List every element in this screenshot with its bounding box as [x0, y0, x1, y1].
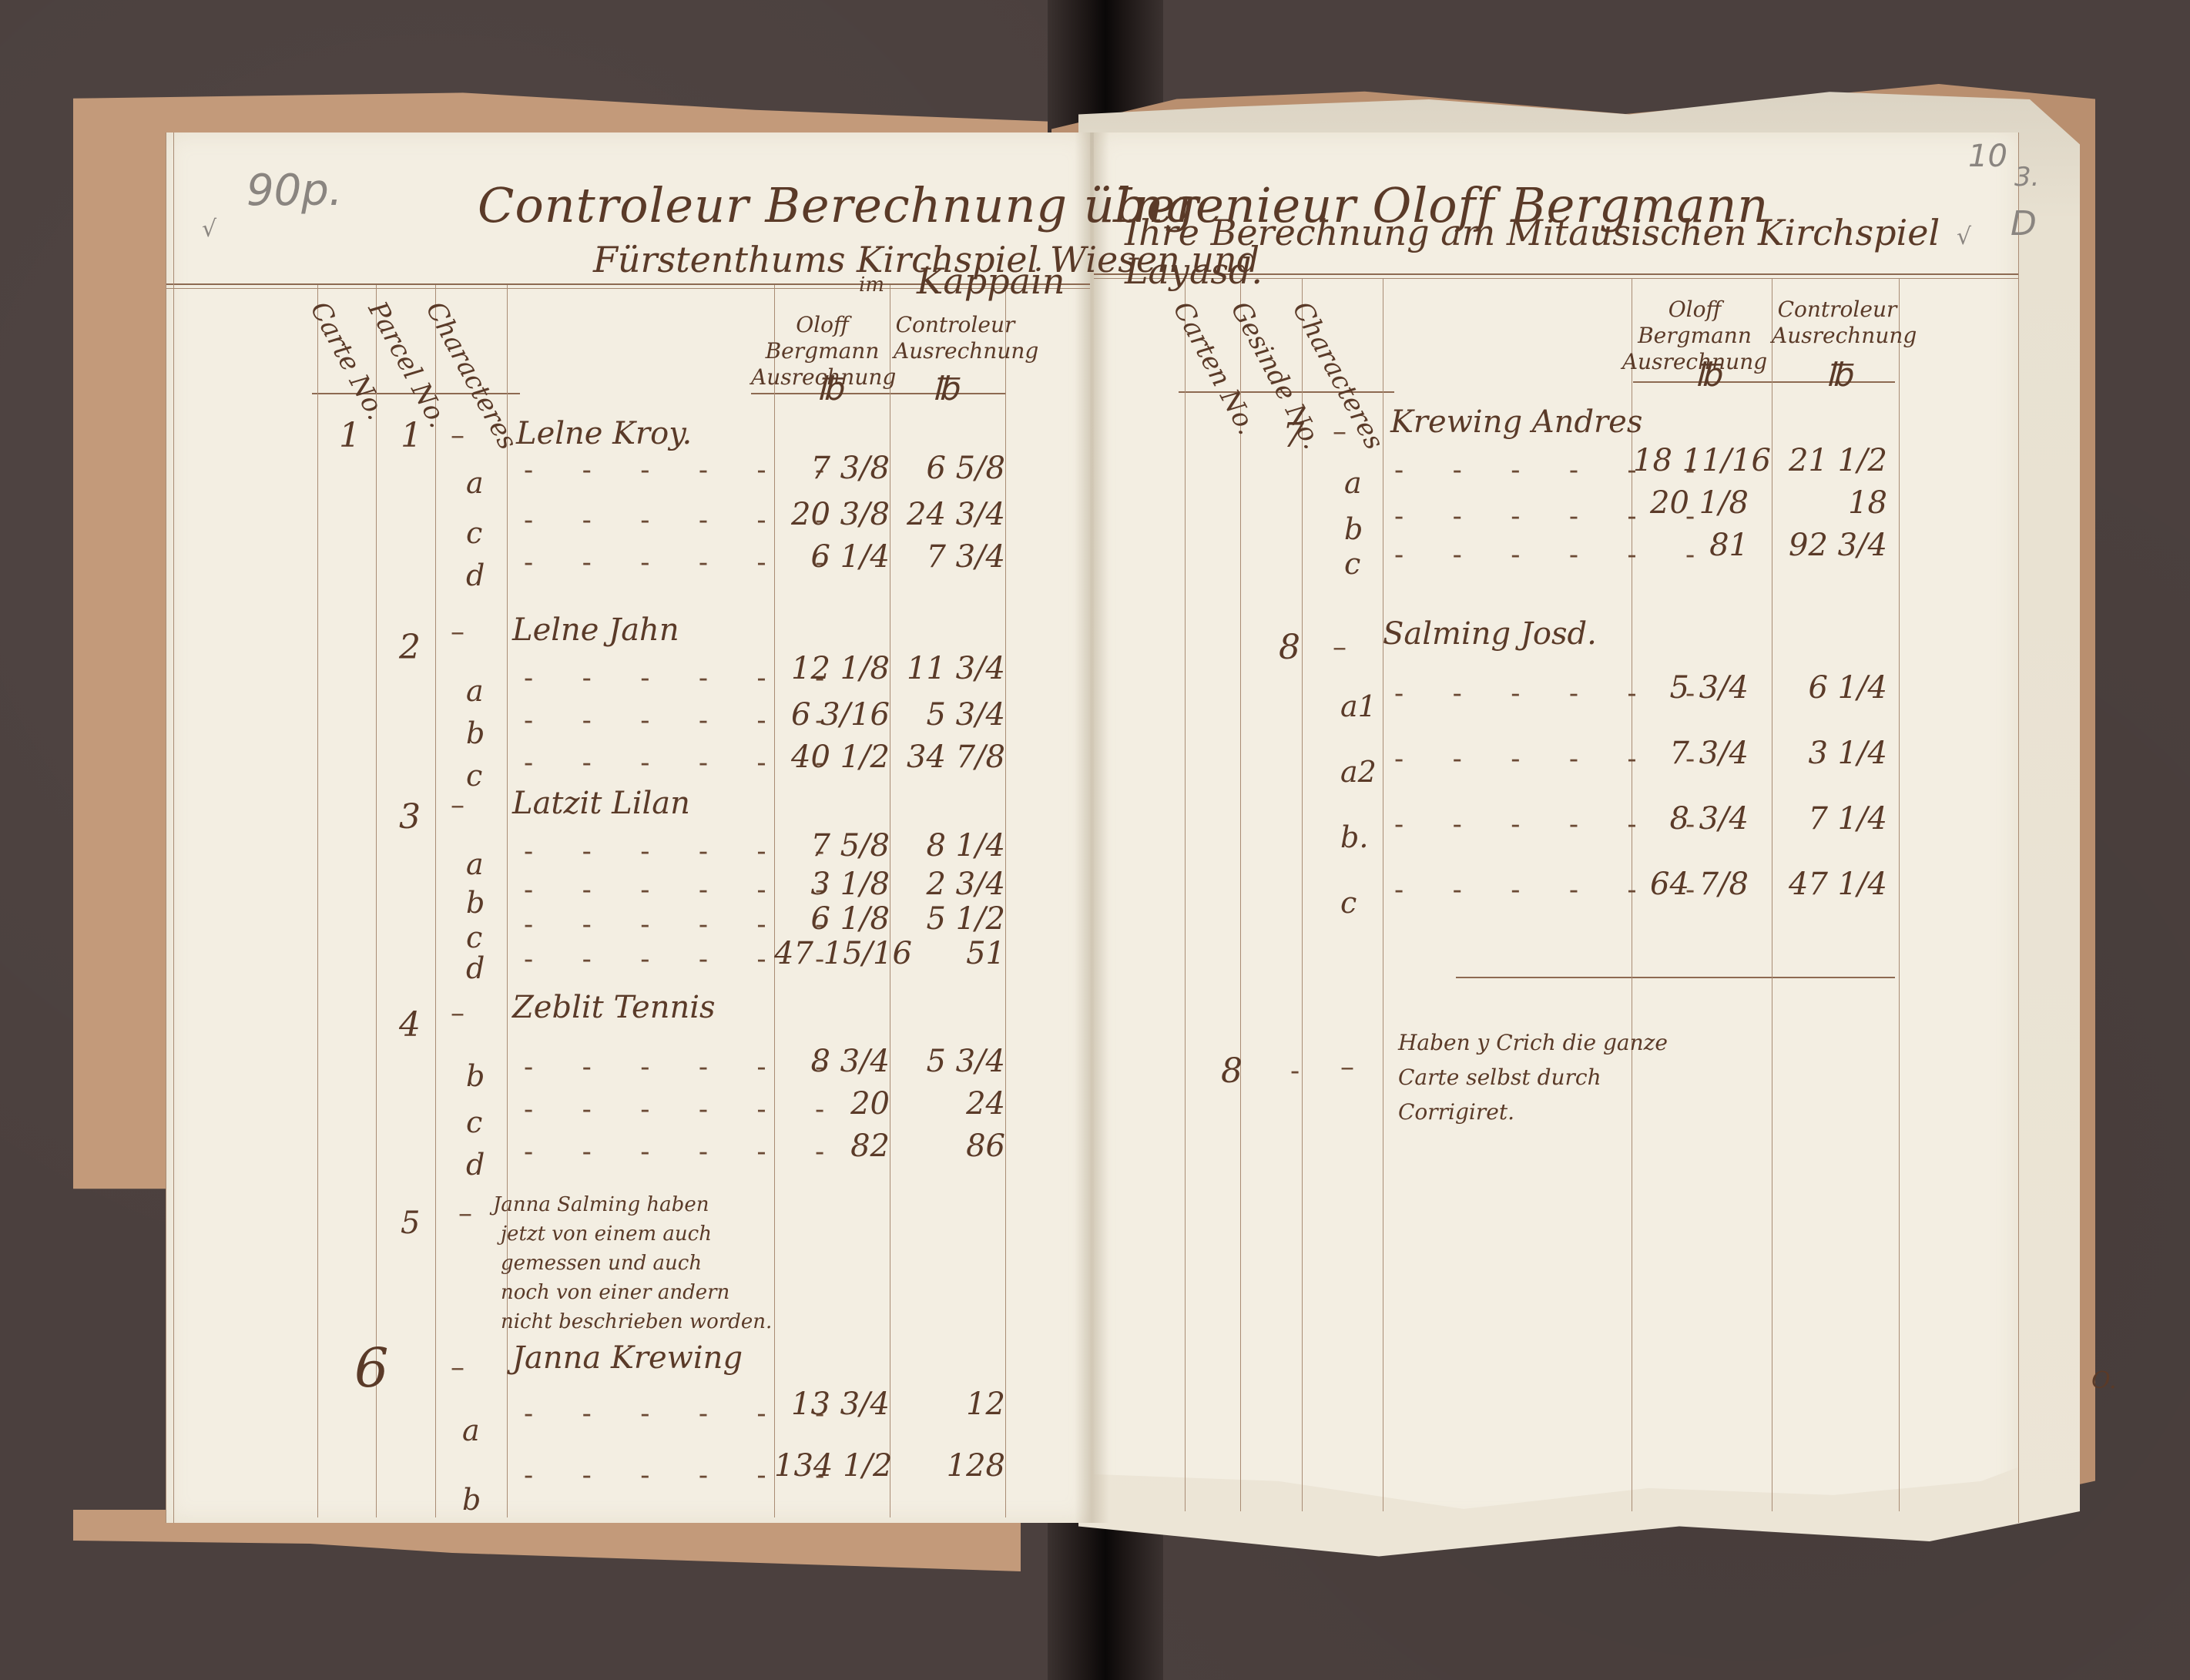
bergmann-value: 5 3/4	[1633, 670, 1749, 706]
controleur-value: 3 1/4	[1772, 736, 1887, 771]
controleur-value: 7 3/4	[890, 539, 1005, 575]
entry-name: Lelne Kroy.	[516, 416, 692, 451]
entry-note-line: Janna Salming haben	[493, 1190, 709, 1219]
bergmann-value: 81	[1633, 528, 1749, 563]
left-header-line1: Controleur Berechnung über	[478, 177, 1199, 233]
character-label: b	[466, 886, 485, 920]
parcel-number: 7	[1283, 416, 1304, 455]
character-label: d	[466, 951, 485, 985]
controleur-value: 11 3/4	[890, 651, 1005, 686]
controleur-value: 128	[890, 1448, 1005, 1484]
character-label: a2	[1340, 755, 1377, 789]
controleur-value: 5 3/4	[890, 1044, 1005, 1079]
controleur-value: 2 3/4	[890, 867, 1005, 902]
bergmann-value: 8 3/4	[1633, 801, 1749, 837]
bergmann-value: 12 1/8	[774, 651, 890, 686]
margin-pencil-mark: D	[2011, 204, 2037, 243]
character-label: c	[466, 1105, 482, 1139]
character-label: c	[466, 759, 482, 793]
bergmann-value: 3 1/8	[774, 867, 890, 902]
character-label: b	[1344, 512, 1363, 546]
character-label: a	[1344, 466, 1362, 500]
entry-name: Lelne Jahn	[512, 612, 679, 648]
margin-pencil-mark: 3.	[2014, 162, 2039, 193]
character-label: b	[466, 716, 485, 750]
parcel-number: 2	[399, 628, 421, 667]
amount-head-rule-right	[1633, 381, 1895, 383]
bergmann-value: 82	[774, 1128, 890, 1164]
bergmann-value: 6 1/8	[774, 901, 890, 937]
bergmann-value: 20	[774, 1086, 890, 1122]
character-label: b.	[1340, 820, 1368, 854]
character-label: c	[1344, 547, 1360, 581]
colhead-controleur-left: Controleur Ausrechnung	[894, 312, 1017, 364]
character-label: a1	[1340, 689, 1377, 723]
parcel-number: 5	[401, 1206, 420, 1241]
controleur-value: 6 1/4	[1772, 670, 1887, 706]
colhead-controleur-right: Controleur Ausrechnung	[1772, 297, 1903, 349]
bergmann-value: 8 3/4	[774, 1044, 890, 1079]
bergmann-value: 20 1/8	[1633, 485, 1749, 521]
carte-number: 8	[1221, 1051, 1243, 1091]
character-label: b	[466, 1059, 485, 1093]
controleur-value: 51	[890, 936, 1005, 971]
unit-bergmann-left: ℔	[817, 370, 843, 407]
bergmann-value: 47 15/16	[774, 936, 890, 971]
entry-note-line: noch von einer andern	[501, 1278, 729, 1307]
col-char-left	[435, 285, 436, 1517]
parcel-number: 8	[1279, 628, 1300, 667]
unit-bergmann-right: ℔	[1695, 356, 1721, 394]
dash: –	[451, 998, 485, 1029]
controleur-value: 34 7/8	[890, 739, 1005, 775]
character-label: c	[466, 920, 482, 954]
left-header-im: im	[859, 273, 884, 297]
bergmann-value: 13 3/4	[774, 1387, 890, 1422]
entry-note-line: nicht beschrieben worden.	[501, 1307, 772, 1336]
pencil-folio-note: 90p.	[247, 166, 343, 216]
controleur-value: 18	[1772, 485, 1887, 521]
parcel-number: 3	[399, 797, 421, 837]
gutter-shadow	[1075, 132, 1109, 1523]
dash: –	[1333, 416, 1367, 448]
controleur-value: 5 3/4	[890, 697, 1005, 733]
dash: –	[451, 420, 485, 451]
dash: –	[458, 1198, 492, 1229]
parcel-number: 1	[401, 416, 422, 455]
col-carte-left	[317, 285, 318, 1517]
entry-name: Krewing Andres	[1390, 404, 1642, 440]
bergmann-value: 64 7/8	[1633, 867, 1749, 902]
controleur-value: 24	[890, 1086, 1005, 1122]
character-label: d	[466, 558, 485, 592]
bergmann-value: 7 3/8	[774, 451, 890, 486]
bergmann-value: 6 3/16	[774, 697, 890, 733]
character-label: c	[466, 516, 482, 550]
margin-line-2	[173, 132, 174, 1523]
col-carte-right	[1185, 279, 1186, 1511]
character-label: a	[466, 674, 484, 708]
bergmann-value: 134 1/2	[774, 1448, 890, 1484]
dash: –	[1333, 632, 1367, 663]
col-char-right	[1302, 279, 1303, 1511]
carte-number: 1	[339, 416, 361, 455]
controleur-value: 7 1/4	[1772, 801, 1887, 837]
dash: –	[451, 616, 485, 648]
character-label: b	[462, 1483, 481, 1517]
closing-rule-right	[1456, 977, 1895, 978]
controleur-value: 6 5/8	[890, 451, 1005, 486]
dash: –	[451, 1352, 485, 1383]
character-label: d	[466, 1148, 485, 1182]
col-parcel-right	[1240, 279, 1241, 1511]
pencil-tick-left: √	[202, 216, 216, 243]
pencil-tick-right: √	[1957, 223, 1971, 250]
closing-note-line: Carte selbst durch	[1398, 1063, 1601, 1092]
bergmann-value: 7 3/4	[1633, 736, 1749, 771]
unit-controleur-left: ℔	[932, 370, 958, 407]
margin-line	[166, 132, 166, 1523]
bergmann-value: 18 11/16	[1633, 443, 1749, 478]
right-header-line2: Ihre Berechnung am Mitausischen Kirchspi…	[1125, 212, 1940, 253]
unit-controleur-right: ℔	[1826, 356, 1852, 394]
parcel-number: 4	[399, 1005, 421, 1045]
closing-note-line: Haben y Crich die ganze	[1398, 1028, 1668, 1058]
col-name-right	[1383, 279, 1383, 1511]
closing-note-line: Corrigiret.	[1398, 1098, 1514, 1127]
entry-name: Janna Krewing	[512, 1340, 743, 1376]
controleur-value: 12	[890, 1387, 1005, 1422]
amount-head-rule-left	[751, 393, 1005, 394]
controleur-value: 86	[890, 1128, 1005, 1164]
bergmann-value: 7 5/8	[774, 828, 890, 863]
dash: –	[1340, 1051, 1374, 1083]
parcel-number: 6	[354, 1336, 389, 1400]
left-header-line3: Kappain	[917, 260, 1065, 302]
dash: -	[1290, 1055, 1320, 1087]
entry-name: Zeblit Tennis	[512, 990, 716, 1025]
character-label: a	[466, 847, 484, 881]
bergmann-value: 40 1/2	[774, 739, 890, 775]
controleur-value: 24 3/4	[890, 497, 1005, 532]
character-label: c	[1340, 886, 1357, 920]
character-label: a	[466, 466, 484, 500]
right-header-line3: Layasd.	[1125, 250, 1263, 292]
controleur-value: 5 1/2	[890, 901, 1005, 937]
col-parcel-left	[376, 285, 377, 1517]
controleur-value: 92 3/4	[1772, 528, 1887, 563]
bergmann-value: 20 3/8	[774, 497, 890, 532]
entry-name: Latzit Lilan	[512, 786, 690, 821]
dash: –	[451, 790, 485, 821]
controleur-value: 47 1/4	[1772, 867, 1887, 902]
controleur-value: 8 1/4	[890, 828, 1005, 863]
col-end-left	[1005, 285, 1006, 1517]
page-number: 10	[1968, 139, 2007, 174]
character-label: a	[462, 1413, 480, 1447]
right-page-edge	[2018, 132, 2019, 1523]
entry-name: Salming Josd.	[1383, 616, 1597, 652]
controleur-value: 21 1/2	[1772, 443, 1887, 478]
entry-note-line: jetzt von einem auch	[501, 1219, 712, 1249]
col-end-right	[1899, 279, 1900, 1511]
bergmann-value: 6 1/4	[774, 539, 890, 575]
entry-note-line: gemessen und auch	[501, 1249, 702, 1278]
margin-ink-mark: O.	[2091, 1367, 2116, 1394]
